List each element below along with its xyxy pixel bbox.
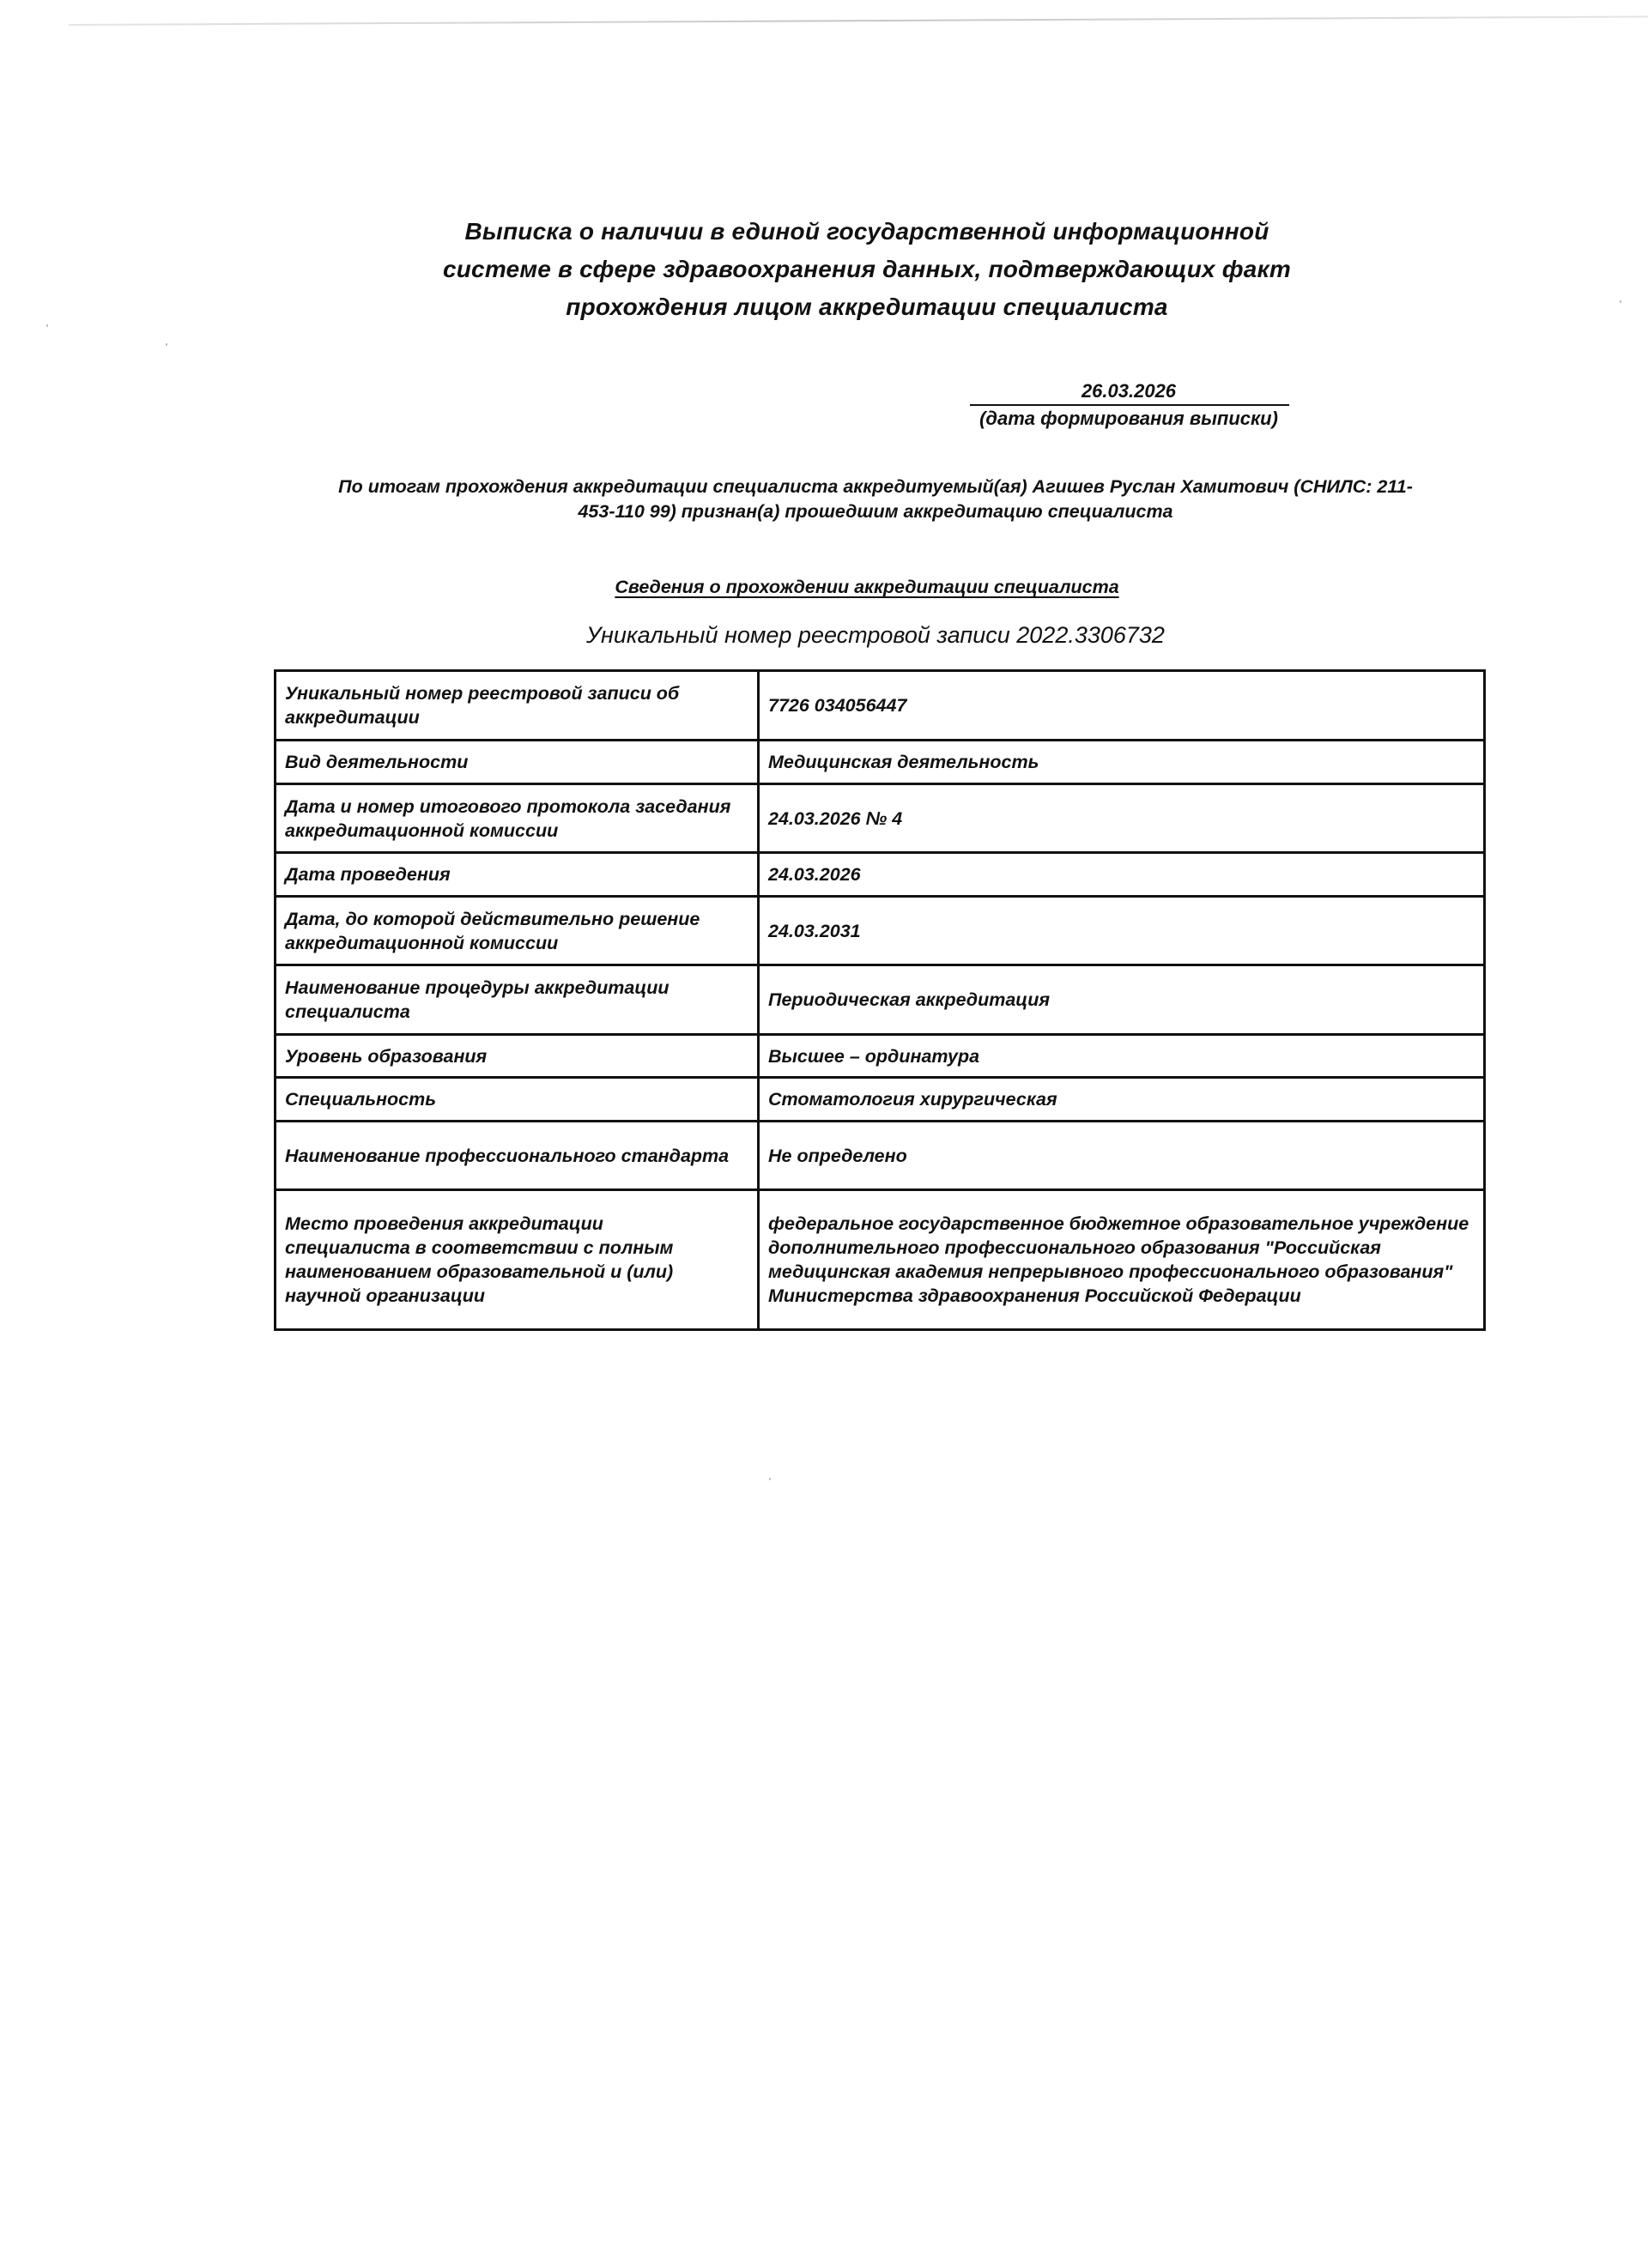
table-row: Специальность Стоматология хирургическая	[276, 1078, 1485, 1122]
scan-speck	[769, 1478, 771, 1480]
row-label: Уникальный номер реестровой записи об ак…	[276, 671, 759, 741]
row-label: Место проведения аккредитации специалист…	[276, 1190, 759, 1330]
row-label: Дата проведения	[276, 853, 759, 897]
row-label: Дата, до которой действительно решение а…	[276, 897, 759, 965]
scan-speck	[1620, 300, 1621, 303]
row-label: Наименование профессионального стандарта	[276, 1122, 759, 1190]
title-line: Выписка о наличии в единой государственн…	[395, 213, 1339, 251]
statement-line: 453-110 99) признан(а) прошедшим аккреди…	[275, 499, 1476, 524]
accreditation-details-table: Уникальный номер реестровой записи об ак…	[274, 669, 1486, 1331]
row-value: Высшее – ординатура	[759, 1035, 1485, 1078]
table-row: Дата, до которой действительно решение а…	[276, 897, 1485, 965]
row-label: Уровень образования	[276, 1035, 759, 1078]
table-row: Вид деятельности Медицинская деятельност…	[276, 741, 1485, 784]
date-underline	[970, 404, 1289, 406]
row-label: Наименование процедуры аккредитации спец…	[276, 965, 759, 1035]
title-line: системе в сфере здравоохранения данных, …	[395, 251, 1339, 288]
row-label: Вид деятельности	[276, 741, 759, 784]
generation-date-block: 26.03.2026 (дата формирования выписки)	[961, 379, 1296, 430]
table-row: Наименование профессионального стандарта…	[276, 1122, 1485, 1190]
row-value: Стоматология хирургическая	[759, 1078, 1485, 1122]
generation-date: 26.03.2026	[961, 379, 1296, 403]
table-row: Дата и номер итогового протокола заседан…	[276, 784, 1485, 853]
row-value: федеральное государственное бюджетное об…	[759, 1190, 1485, 1330]
accreditation-statement: По итогам прохождения аккредитации специ…	[275, 475, 1476, 524]
table-row: Место проведения аккредитации специалист…	[276, 1190, 1485, 1330]
row-label: Специальность	[276, 1078, 759, 1122]
row-label: Дата и номер итогового протокола заседан…	[276, 784, 759, 853]
table-row: Наименование процедуры аккредитации спец…	[276, 965, 1485, 1035]
title-line: прохождения лицом аккредитации специалис…	[395, 288, 1339, 326]
document-title: Выписка о наличии в единой государственн…	[395, 213, 1339, 326]
row-value: 24.03.2031	[759, 897, 1485, 965]
row-value: 7726 034056447	[759, 671, 1485, 741]
row-value: 24.03.2026	[759, 853, 1485, 897]
row-value: 24.03.2026 № 4	[759, 784, 1485, 853]
scan-speck	[46, 324, 48, 327]
statement-line: По итогам прохождения аккредитации специ…	[275, 475, 1476, 499]
row-value: Периодическая аккредитация	[759, 965, 1485, 1035]
row-value: Медицинская деятельность	[759, 741, 1485, 784]
table-row: Уникальный номер реестровой записи об ак…	[276, 671, 1485, 741]
registry-record-number: Уникальный номер реестровой записи 2022.…	[481, 620, 1270, 650]
row-value: Не определено	[759, 1122, 1485, 1190]
scan-speck	[166, 343, 167, 346]
section-heading: Сведения о прохождении аккредитации спец…	[515, 575, 1219, 599]
generation-date-caption: (дата формирования выписки)	[961, 408, 1296, 430]
scanner-edge-line	[69, 15, 1648, 26]
table-row: Уровень образования Высшее – ординатура	[276, 1035, 1485, 1078]
table-row: Дата проведения 24.03.2026	[276, 853, 1485, 897]
